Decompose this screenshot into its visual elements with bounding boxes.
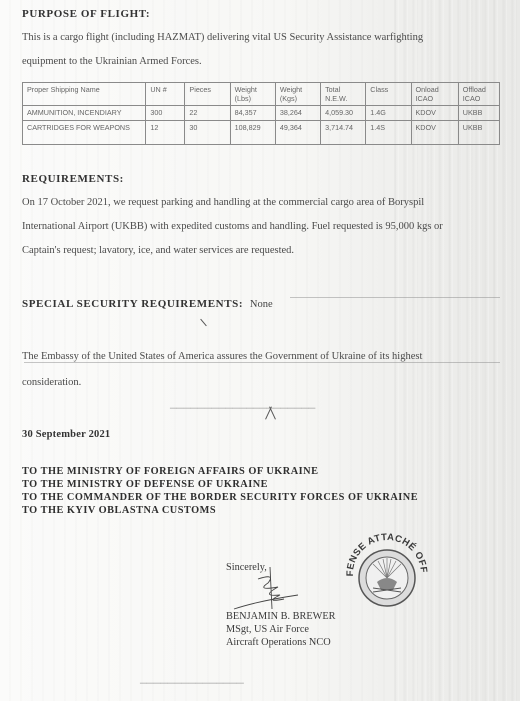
purpose-line-2: equipment to the Ukrainian Armed Forces. (22, 50, 502, 74)
handwritten-signature (228, 565, 303, 613)
requirements-line-3: Captain's request; lavatory, ice, and wa… (22, 239, 512, 263)
defense-attache-seal: DEFENSE ATTACHÉ OFFICE (343, 522, 431, 614)
special-security-heading: SPECIAL SECURITY REQUIREMENTS: (22, 298, 243, 310)
purpose-text: This is a cargo flight (including HAZMAT… (22, 26, 502, 74)
cell-weight-lbs: 84,357 (230, 106, 275, 121)
col-weight-lbs: Weight (Lbs) (230, 83, 275, 106)
col-offload-icao: Offload ICAO (458, 83, 499, 106)
addressee-item: TO THE MINISTRY OF FOREIGN AFFAIRS OF UK… (22, 465, 418, 478)
signature-block: BENJAMIN B. BREWER MSgt, US Air Force Ai… (226, 610, 336, 649)
signer-title: Aircraft Operations NCO (226, 636, 336, 649)
special-security: SPECIAL SECURITY REQUIREMENTS: None (22, 298, 273, 310)
col-shipping-name: Proper Shipping Name (23, 83, 146, 106)
cell-shipping-name: CARTRIDGES FOR WEAPONS (23, 121, 146, 145)
cell-un-number: 12 (146, 121, 185, 145)
closing-text: The Embassy of the United States of Amer… (22, 344, 512, 396)
bleed-through-text: ▔▔▔▔▔▔▔▔▔▔▔▔▔▔▔▔▔▔▔▔▔ (170, 408, 315, 419)
cell-shipping-name: AMMUNITION, INCENDIARY (23, 106, 146, 121)
cell-onload-icao: KDOV (411, 106, 458, 121)
col-total-new: Total N.E.W. (321, 83, 366, 106)
col-onload-icao: Onload ICAO (411, 83, 458, 106)
cell-class: 1.4G (366, 106, 411, 121)
cell-pieces: 22 (185, 106, 230, 121)
bleed-through-text: ▔▔▔▔▔▔▔▔▔▔▔▔▔▔▔ (140, 683, 244, 694)
col-un-number: UN # (146, 83, 185, 106)
closing-line-1: The Embassy of the United States of Amer… (22, 344, 512, 370)
requirements-text: On 17 October 2021, we request parking a… (22, 191, 512, 263)
addressee-item: TO THE MINISTRY OF DEFENSE OF UKRAINE (22, 478, 418, 491)
closing-line-2: consideration. (22, 370, 512, 396)
col-weight-kgs: Weight (Kgs) (275, 83, 320, 106)
cell-pieces: 30 (185, 121, 230, 145)
cell-class: 1.4S (366, 121, 411, 145)
purpose-heading: PURPOSE OF FLIGHT: (22, 8, 150, 20)
cargo-table: Proper Shipping Name UN # Pieces Weight … (22, 82, 500, 145)
cell-un-number: 300 (146, 106, 185, 121)
requirements-line-1: On 17 October 2021, we request parking a… (22, 191, 512, 215)
letter-date: 30 September 2021 (22, 429, 110, 440)
cell-total-new: 3,714.74 (321, 121, 366, 145)
signer-name: BENJAMIN B. BREWER (226, 610, 336, 623)
table-row: AMMUNITION, INCENDIARY 300 22 84,357 38,… (23, 106, 500, 121)
requirements-line-2: International Airport (UKBB) with expedi… (22, 215, 512, 239)
purpose-line-1: This is a cargo flight (including HAZMAT… (22, 26, 502, 50)
scan-line (290, 297, 500, 298)
cargo-table-header: Proper Shipping Name UN # Pieces Weight … (23, 83, 500, 106)
cell-weight-lbs: 108,829 (230, 121, 275, 145)
cell-offload-icao: UKBB (458, 121, 499, 145)
col-class: Class (366, 83, 411, 106)
addressee-item: TO THE COMMANDER OF THE BORDER SECURITY … (22, 491, 418, 504)
signer-rank: MSgt, US Air Force (226, 623, 336, 636)
cell-weight-kgs: 38,264 (275, 106, 320, 121)
special-security-value: None (250, 299, 273, 310)
cell-weight-kgs: 49,364 (275, 121, 320, 145)
cell-offload-icao: UKBB (458, 106, 499, 121)
cell-onload-icao: KDOV (411, 121, 458, 145)
requirements-heading: REQUIREMENTS: (22, 173, 124, 185)
cell-total-new: 4,059.30 (321, 106, 366, 121)
table-row: CARTRIDGES FOR WEAPONS 12 30 108,829 49,… (23, 121, 500, 145)
addressee-item: TO THE KYIV OBLASTNA CUSTOMS (22, 504, 418, 517)
addressee-list: TO THE MINISTRY OF FOREIGN AFFAIRS OF UK… (22, 465, 418, 517)
col-pieces: Pieces (185, 83, 230, 106)
